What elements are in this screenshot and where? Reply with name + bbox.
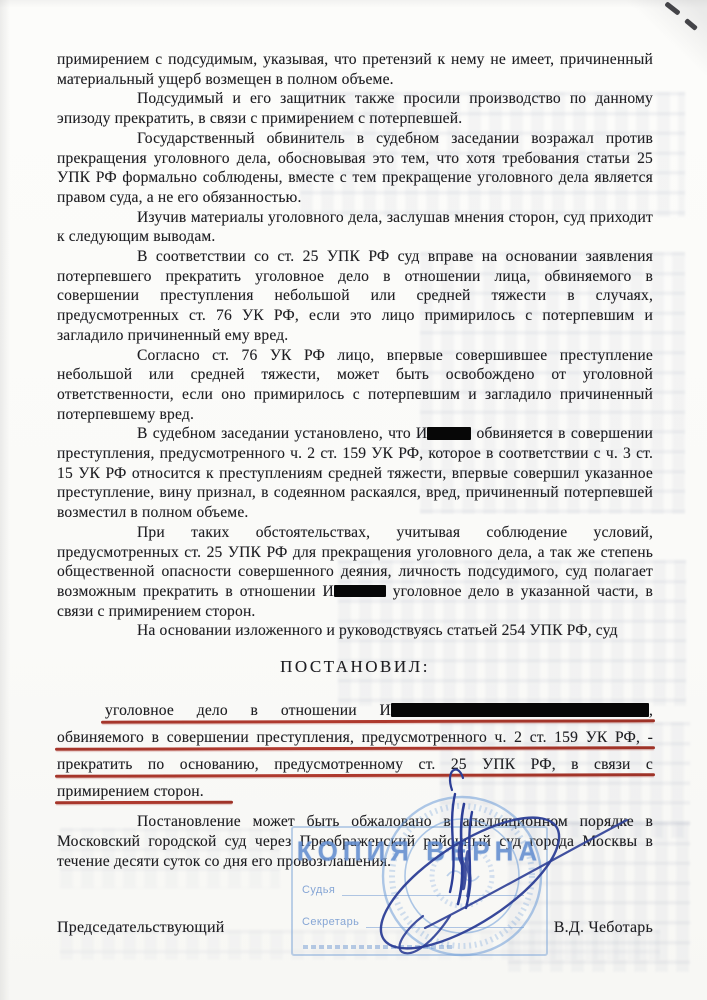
paragraph-legal-basis: На основании изложенного и руководствуяс… bbox=[57, 621, 653, 641]
redaction-bar bbox=[334, 585, 386, 598]
text-before-redaction: В судебном заседании установлено, что И bbox=[137, 425, 427, 442]
stamp-fine-print bbox=[303, 945, 453, 949]
resolution-heading: ПОСТАНОВИЛ: bbox=[57, 657, 653, 677]
stamp-signature-line bbox=[342, 883, 524, 896]
copy-certification-stamp: КОПИЯ ВЕРНА Судья Секретарь bbox=[291, 826, 548, 956]
red-underline bbox=[101, 719, 655, 723]
red-underline bbox=[55, 801, 233, 804]
scanned-court-ruling-page: примирением с подсудимым, указывая, что … bbox=[0, 0, 707, 1000]
red-underline bbox=[55, 746, 655, 751]
scan-edge-shade bbox=[0, 0, 10, 1000]
resolution-line-text: обвиняемого в совершении преступления, п… bbox=[57, 729, 653, 746]
text-after-redaction: , bbox=[649, 702, 653, 719]
paragraph-court-position: При таких обстоятельствах, учитывая собл… bbox=[57, 523, 653, 622]
paragraph-defendant-request: Подсудимый и его защитник также просили … bbox=[57, 89, 653, 128]
resolution-line-text: прекратить по основанию, предусмотренном… bbox=[57, 756, 653, 773]
stamp-judge-row: Судья bbox=[302, 883, 524, 896]
resolution-line: прекратить по основанию, предусмотренном… bbox=[57, 755, 653, 776]
paragraph-court-conclusions: Изучив материалы уголовного дела, заслуш… bbox=[57, 208, 653, 247]
paragraph-upk-25: В соответствии со ст. 25 УПК РФ суд впра… bbox=[57, 247, 653, 346]
stamp-judge-label: Судья bbox=[302, 884, 335, 896]
redaction-bar bbox=[427, 427, 471, 440]
copy-mark-text: КОПИЯ ВЕРНА bbox=[293, 835, 546, 868]
resolution-line: уголовное дело в отношении И, bbox=[57, 701, 653, 722]
resolution-line-text: примирением сторон. bbox=[57, 783, 204, 800]
stamp-secretary-label: Секретарь bbox=[302, 916, 359, 928]
resolution-block: уголовное дело в отношении И, обвиняемог… bbox=[57, 701, 653, 803]
presiding-judge-label: Председательствующий bbox=[57, 919, 224, 937]
document-text: примирением с подсудимым, указывая, что … bbox=[57, 50, 653, 937]
paragraph-prosecutor-objection: Государственный обвинитель в судебном за… bbox=[57, 129, 653, 208]
paragraph-damages: примирением с подсудимым, указывая, что … bbox=[57, 50, 653, 89]
red-underline bbox=[55, 773, 655, 778]
resolution-line: примирением сторон. bbox=[57, 782, 653, 803]
text-before-redaction: уголовное дело в отношении И bbox=[105, 702, 391, 719]
stamp-signature-line bbox=[366, 915, 524, 928]
redaction-bar-long bbox=[391, 703, 649, 717]
resolution-line: обвиняемого в совершении преступления, п… bbox=[57, 728, 653, 749]
paragraph-established-facts: В судебном заседании установлено, что И … bbox=[57, 424, 653, 523]
stamp-secretary-row: Секретарь bbox=[302, 915, 524, 928]
judge-name: В.Д. Чеботарь bbox=[554, 919, 653, 937]
paragraph-uk-76: Согласно ст. 76 УК РФ лицо, впервые сове… bbox=[57, 346, 653, 425]
